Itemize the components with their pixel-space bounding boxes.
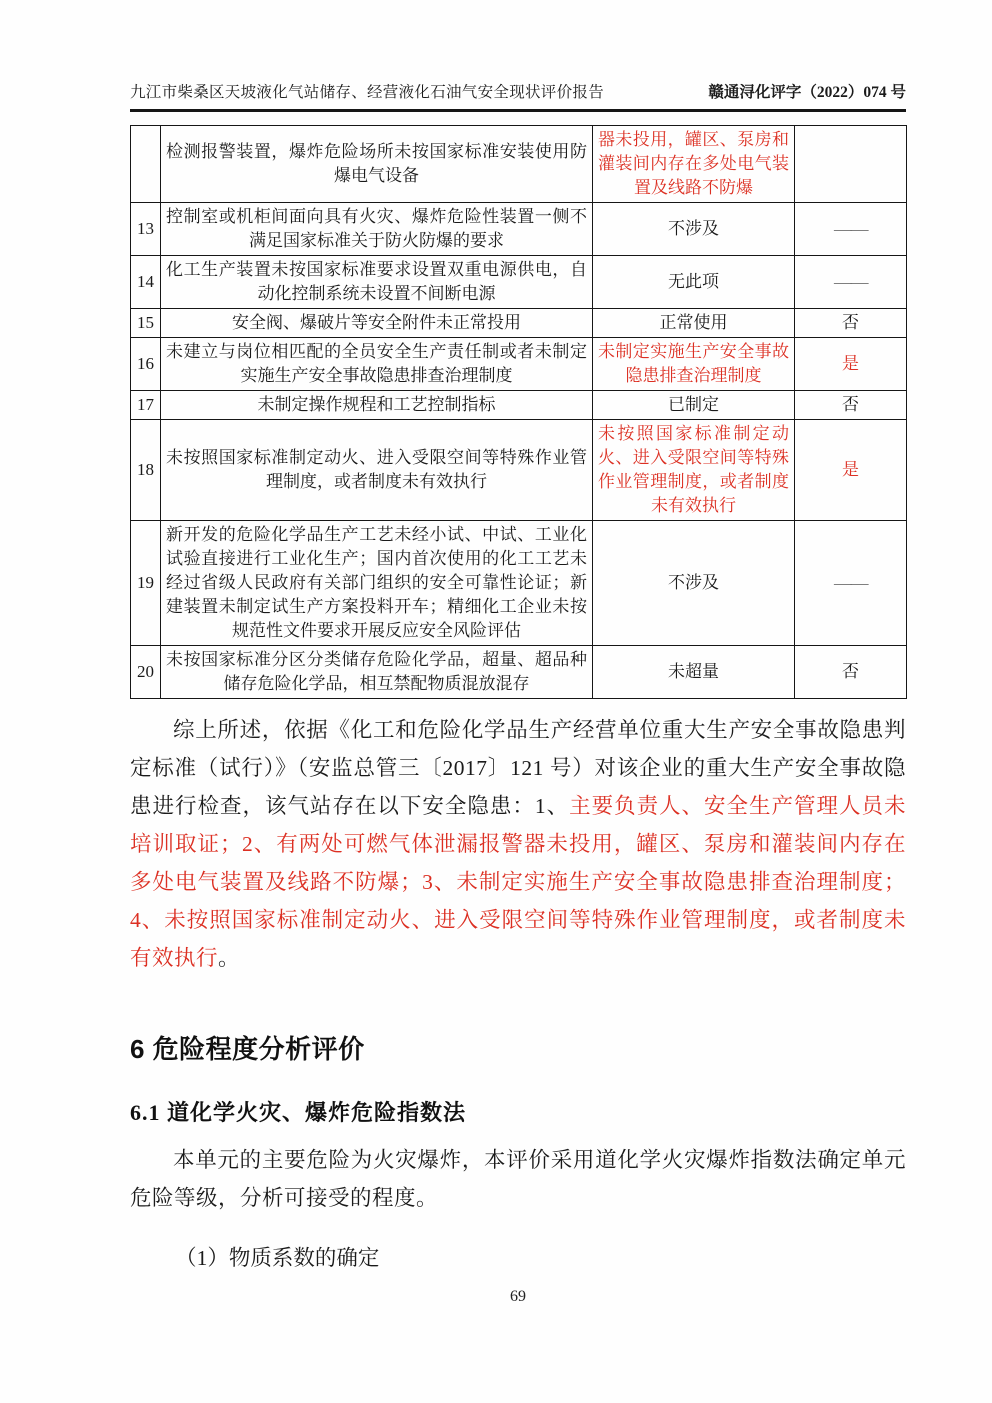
table-row: 19 新开发的危险化学品生产工艺未经小试、中试、工业化试验直接进行工业化生产；国… — [131, 521, 907, 646]
row-number-cell: 20 — [131, 646, 161, 699]
table-row: 14 化工生产装置未按国家标准要求设置双重电源供电，自动化控制系统未设置不间断电… — [131, 256, 907, 309]
header-doc-number: 赣通浔化评字（2022）074 号 — [708, 80, 906, 102]
row-criterion-cell: 未建立与岗位相匹配的全员安全生产责任制或者未制定实施生产安全事故隐患排查治理制度 — [161, 338, 593, 391]
row-finding-cell: 无此项 — [593, 256, 795, 309]
row-finding-cell: 不涉及 — [593, 203, 795, 256]
table-row: 18 未按照国家标准制定动火、进入受限空间等特殊作业管理制度，或者制度未有效执行… — [131, 420, 907, 521]
row-criterion-cell: 未制定操作规程和工艺控制指标 — [161, 391, 593, 420]
row-number-cell: 16 — [131, 338, 161, 391]
table-row: 13 控制室或机柜间面向具有火灾、爆炸危险性装置一侧不满足国家标准关于防火防爆的… — [131, 203, 907, 256]
verdict-text: —— — [834, 573, 867, 593]
summary-hazards-red-text: 主要负责人、安全生产管理人员未培训取证；2、有两处可燃气体泄漏报警器未投用，罐区… — [130, 794, 906, 970]
row-finding-cell: 不涉及 — [593, 521, 795, 646]
report-page: 九江市柴桑区天坡液化气站储存、经营液化石油气安全现状评价报告 赣通浔化评字（20… — [0, 0, 992, 1403]
row-finding-cell: 未按照国家标准制定动火、进入受限空间等特殊作业管理制度，或者制度未有效执行 — [593, 420, 795, 521]
row-number-cell: 15 — [131, 309, 161, 338]
body-paragraph: 本单元的主要危险为火灾爆炸，本评价采用道化学火灾爆炸指数法确定单元危险等级，分析… — [130, 1141, 906, 1217]
row-verdict-cell: —— — [795, 203, 907, 256]
finding-text: 无此项 — [668, 272, 719, 291]
page-header: 九江市柴桑区天坡液化气站储存、经营液化石油气安全现状评价报告 赣通浔化评字（20… — [130, 0, 906, 112]
summary-period: 。 — [218, 946, 240, 970]
finding-text: 未制定实施生产安全事故隐患排查治理制度 — [598, 340, 789, 388]
page-number: 69 — [130, 1288, 906, 1306]
major-hazard-table: 检测报警装置，爆炸危险场所未按国家标准安装使用防爆电气设备 器未投用，罐区、泵房… — [130, 125, 907, 699]
row-finding-cell: 器未投用，罐区、泵房和灌装间内存在多处电气装置及线路不防爆 — [593, 126, 795, 203]
row-criterion-cell: 未按国家标准分区分类储存危险化学品，超量、超品种储存危险化学品，相互禁配物质混放… — [161, 646, 593, 699]
verdict-text: —— — [834, 272, 867, 292]
row-criterion-cell: 化工生产装置未按国家标准要求设置双重电源供电，自动化控制系统未设置不间断电源 — [161, 256, 593, 309]
row-number-cell: 19 — [131, 521, 161, 646]
row-verdict-cell: 是 — [795, 338, 907, 391]
header-report-title: 九江市柴桑区天坡液化气站储存、经营液化石油气安全现状评价报告 — [130, 80, 604, 102]
row-finding-cell: 已制定 — [593, 391, 795, 420]
row-finding-cell: 正常使用 — [593, 309, 795, 338]
section-heading-6: 6 危险程度分析评价 — [130, 1029, 906, 1066]
row-criterion-cell: 新开发的危险化学品生产工艺未经小试、中试、工业化试验直接进行工业化生产；国内首次… — [161, 521, 593, 646]
list-item-1: （1）物质系数的确定 — [130, 1239, 906, 1277]
page-content: 九江市柴桑区天坡液化气站储存、经营液化石油气安全现状评价报告 赣通浔化评字（20… — [130, 0, 906, 1277]
row-number-cell — [131, 126, 161, 203]
table-row: 20 未按国家标准分区分类储存危险化学品，超量、超品种储存危险化学品，相互禁配物… — [131, 646, 907, 699]
verdict-text: —— — [834, 219, 867, 239]
row-verdict-cell: 否 — [795, 309, 907, 338]
row-verdict-cell — [795, 126, 907, 203]
table-row: 检测报警装置，爆炸危险场所未按国家标准安装使用防爆电气设备 器未投用，罐区、泵房… — [131, 126, 907, 203]
verdict-text: 是 — [842, 354, 859, 373]
row-number-cell: 17 — [131, 391, 161, 420]
finding-text: 未按照国家标准制定动火、进入受限空间等特殊作业管理制度，或者制度未有效执行 — [598, 422, 789, 518]
row-number-cell: 18 — [131, 420, 161, 521]
row-verdict-cell: 否 — [795, 646, 907, 699]
row-criterion-cell: 检测报警装置，爆炸危险场所未按国家标准安装使用防爆电气设备 — [161, 126, 593, 203]
summary-paragraph: 综上所述，依据《化工和危险化学品生产经营单位重大生产安全事故隐患判定标准（试行）… — [130, 711, 906, 977]
table-row: 15 安全阀、爆破片等安全附件未正常投用 正常使用 否 — [131, 309, 907, 338]
row-criterion-cell: 安全阀、爆破片等安全附件未正常投用 — [161, 309, 593, 338]
verdict-text: 是 — [842, 460, 859, 479]
row-verdict-cell: 是 — [795, 420, 907, 521]
table-row: 17 未制定操作规程和工艺控制指标 已制定 否 — [131, 391, 907, 420]
subsection-heading-6-1: 6.1 道化学火灾、爆炸危险指数法 — [130, 1096, 906, 1127]
row-criterion-cell: 控制室或机柜间面向具有火灾、爆炸危险性装置一侧不满足国家标准关于防火防爆的要求 — [161, 203, 593, 256]
row-number-cell: 13 — [131, 203, 161, 256]
row-verdict-cell: —— — [795, 521, 907, 646]
finding-text: 未超量 — [668, 662, 719, 681]
row-number-cell: 14 — [131, 256, 161, 309]
finding-text: 已制定 — [668, 395, 719, 414]
row-finding-cell: 未制定实施生产安全事故隐患排查治理制度 — [593, 338, 795, 391]
table-row: 16 未建立与岗位相匹配的全员安全生产责任制或者未制定实施生产安全事故隐患排查治… — [131, 338, 907, 391]
verdict-text: 否 — [842, 662, 859, 681]
verdict-text: 否 — [842, 313, 859, 332]
row-criterion-cell: 未按照国家标准制定动火、进入受限空间等特殊作业管理制度，或者制度未有效执行 — [161, 420, 593, 521]
row-verdict-cell: —— — [795, 256, 907, 309]
finding-text: 正常使用 — [660, 313, 728, 332]
finding-text: 不涉及 — [668, 573, 719, 592]
row-verdict-cell: 否 — [795, 391, 907, 420]
verdict-text: 否 — [842, 395, 859, 414]
row-finding-cell: 未超量 — [593, 646, 795, 699]
finding-text: 器未投用，罐区、泵房和灌装间内存在多处电气装置及线路不防爆 — [598, 128, 789, 200]
finding-text: 不涉及 — [668, 219, 719, 238]
